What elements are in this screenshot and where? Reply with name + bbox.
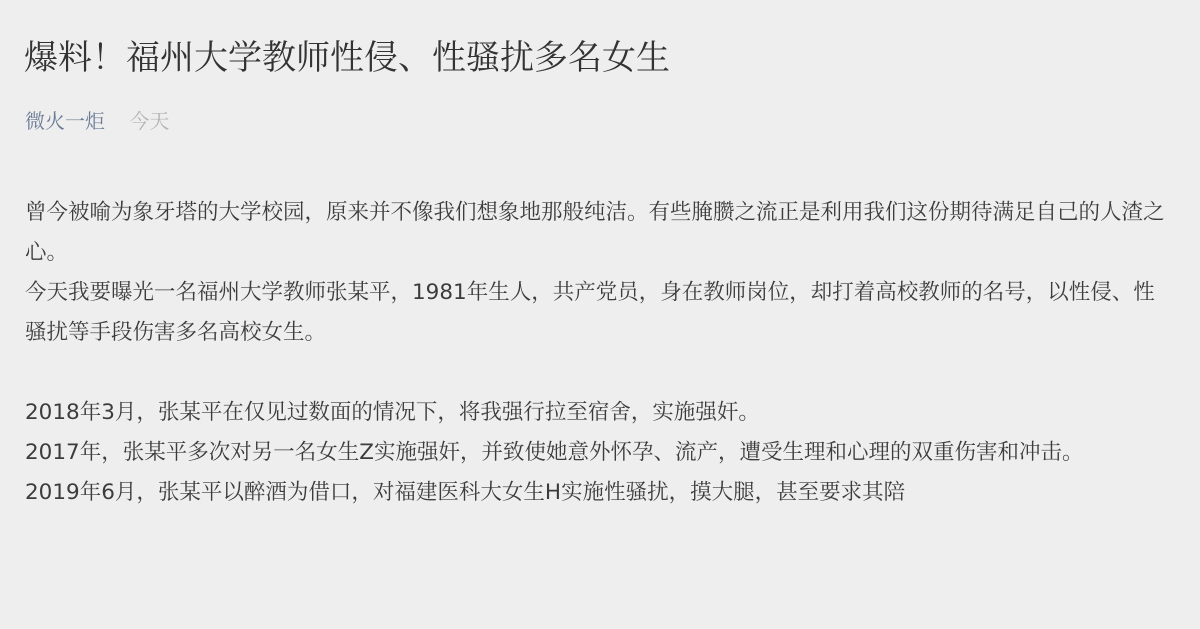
- author-link[interactable]: 微火一炬: [25, 109, 105, 133]
- article-meta: 微火一炬 今天: [25, 106, 169, 136]
- paragraph-2018: 2018年3月，张某平在仅见过数面的情况下，将我强行拉至宿舍，实施强奸。: [25, 393, 1175, 433]
- paragraph-2017: 2017年，张某平多次对另一名女生Z实施强奸，并致使她意外怀孕、流产，遭受生理和…: [25, 433, 1175, 473]
- article-body: 曾今被喻为象牙塔的大学校园，原来并不像我们想象地那般纯洁。有些腌臜之流正是利用我…: [25, 193, 1175, 513]
- paragraph-2019: 2019年6月，张某平以醉酒为借口，对福建医科大女生H实施性骚扰，摸大腿，甚至要…: [25, 473, 1175, 513]
- paragraph-spacer: [25, 353, 1175, 393]
- publish-date: 今天: [129, 109, 169, 133]
- article-title: 爆料！福州大学教师性侵、性骚扰多名女生: [24, 34, 670, 82]
- article: 爆料！福州大学教师性侵、性骚扰多名女生 微火一炬 今天 曾今被喻为象牙塔的大学校…: [0, 0, 1200, 629]
- paragraph-exposure: 今天我要曝光一名福州大学教师张某平，1981年生人，共产党员，身在教师岗位，却打…: [25, 273, 1175, 353]
- paragraph-intro: 曾今被喻为象牙塔的大学校园，原来并不像我们想象地那般纯洁。有些腌臜之流正是利用我…: [25, 193, 1175, 273]
